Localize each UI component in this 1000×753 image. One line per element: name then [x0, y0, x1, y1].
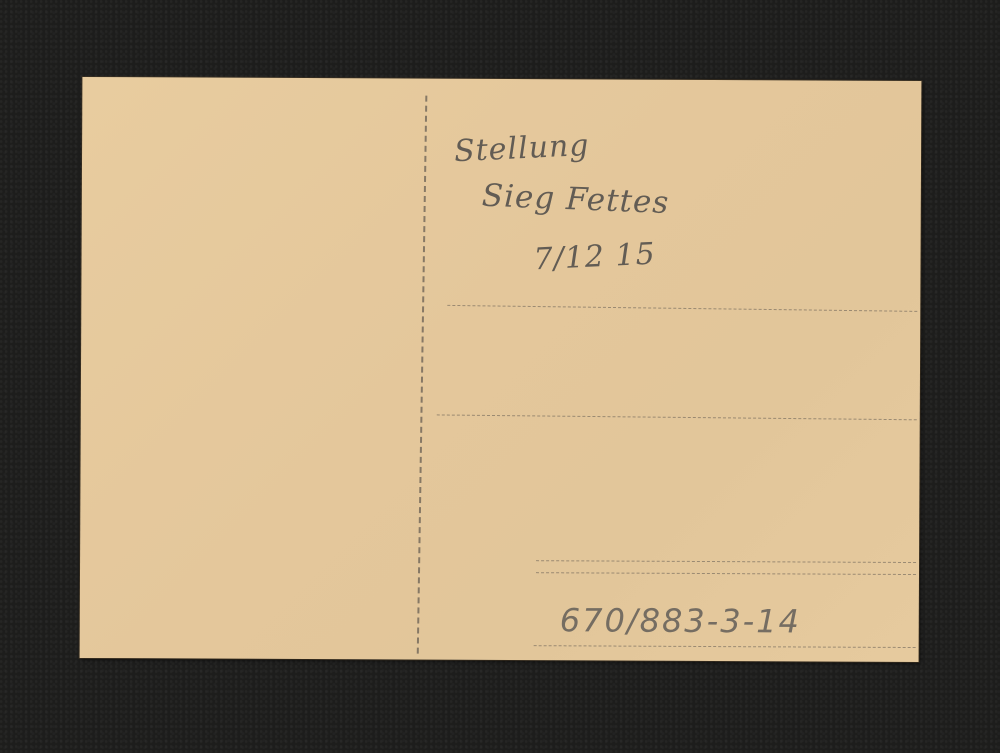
- archive-number: 670/883-3-14: [560, 601, 801, 640]
- handwritten-line-2: Sieg Fettes: [481, 178, 670, 221]
- bottom-rule-3: [534, 645, 916, 648]
- handwritten-date: 7/12 15: [533, 237, 657, 278]
- center-divider-line: [417, 96, 428, 654]
- handwritten-line-1: Stellung: [453, 128, 590, 169]
- address-rule-2: [437, 414, 917, 420]
- bottom-rule-1: [536, 560, 916, 563]
- address-rule-1: [447, 305, 917, 312]
- postcard: Stellung Sieg Fettes 7/12 15 670/883-3-1…: [80, 77, 922, 662]
- bottom-rule-2: [536, 572, 916, 575]
